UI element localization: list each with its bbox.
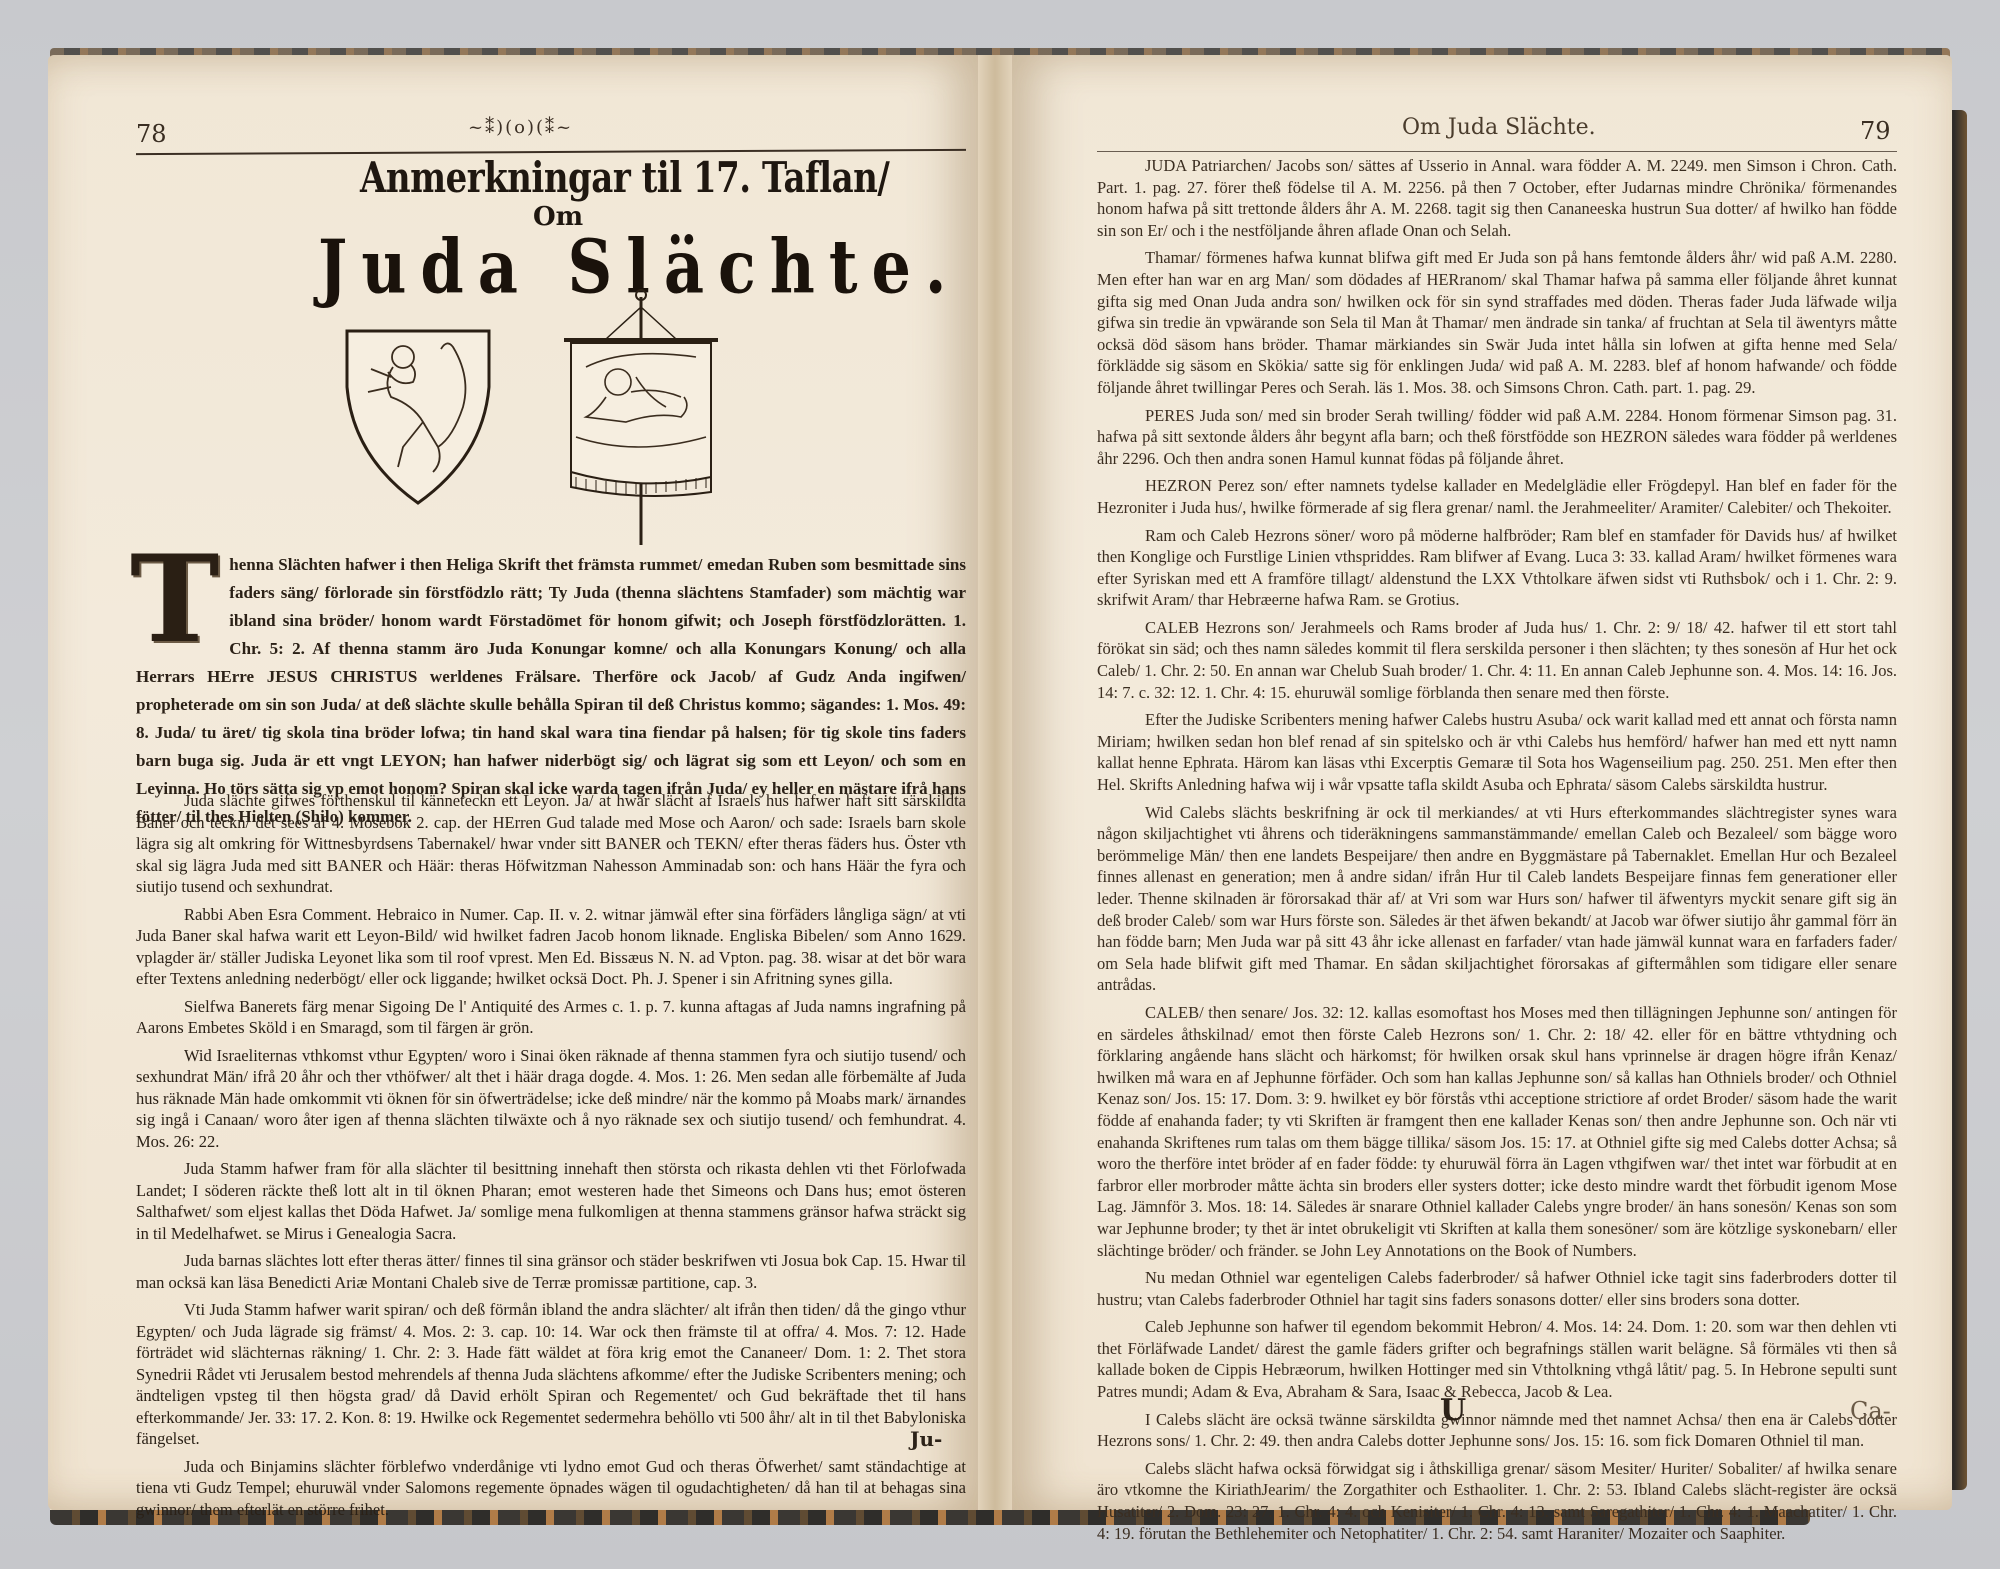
paragraph: Juda slächte gifwes förthenskul til känn… bbox=[136, 790, 966, 898]
paragraph: Efter the Judiske Scribenters mening haf… bbox=[1097, 709, 1897, 795]
paragraph: HEZRON Perez son/ efter namnets tydelse … bbox=[1097, 475, 1897, 518]
heading-annotations: Anmerkningar til 17. Taflan/ bbox=[360, 153, 889, 203]
paragraph: Thamar/ förmenes hafwa kunnat blifwa gif… bbox=[1097, 247, 1897, 398]
catchword: Ju- bbox=[910, 1427, 942, 1451]
paragraph: Wid Israeliternas vthkomst vthur Egypten… bbox=[136, 1045, 966, 1153]
paragraph: Calebs slächt hafwa ocksä förwidgat sig … bbox=[1097, 1458, 1897, 1544]
paragraph: CALEB/ then senare/ Jos. 32: 12. kallas … bbox=[1097, 1002, 1897, 1261]
lead-paragraph: T henna Slächten hafwer i then Heliga Sk… bbox=[136, 549, 966, 829]
lead-text: henna Slächten hafwer i then Heliga Skri… bbox=[136, 555, 966, 826]
banner-lion-icon bbox=[556, 287, 726, 547]
paragraph: Juda Stamm hafwer fram för alla slächter… bbox=[136, 1158, 966, 1244]
paragraph: Wid Calebs slächts beskrifning är ock ti… bbox=[1097, 802, 1897, 996]
page-number: 79 bbox=[1860, 117, 1891, 145]
paragraph: Vti Juda Stamm hafwer warit spiran/ och … bbox=[136, 1299, 966, 1450]
paragraph: Rabbi Aben Esra Comment. Hebraico in Num… bbox=[136, 904, 966, 990]
right-body-text: JUDA Patriarchen/ Jacobs son/ sättes af … bbox=[1097, 155, 1897, 1550]
paragraph: Caleb Jephunne son hafwer til egendom be… bbox=[1097, 1316, 1897, 1402]
book-gutter bbox=[978, 55, 1012, 1510]
header-rule bbox=[1097, 151, 1897, 152]
paragraph: Nu medan Othniel war egenteligen Calebs … bbox=[1097, 1267, 1897, 1310]
paragraph: Juda och Binjamins slächter förblefwo vn… bbox=[136, 1456, 966, 1521]
paragraph: I Calebs slächt äre ocksä twänne särskil… bbox=[1097, 1409, 1897, 1452]
left-body-text: Juda slächte gifwes förthenskul til känn… bbox=[136, 790, 966, 1526]
dropcap-letter: T bbox=[130, 545, 219, 655]
paragraph: JUDA Patriarchen/ Jacobs son/ sättes af … bbox=[1097, 155, 1897, 241]
page-number: 78 bbox=[136, 120, 167, 148]
shield-lion-icon bbox=[343, 327, 493, 507]
paragraph: Ram och Caleb Hezrons söner/ woro på möd… bbox=[1097, 525, 1897, 611]
left-page: 78 ~⁑)(o)(⁑~ Anmerkningar til 17. Taflan… bbox=[48, 55, 978, 1510]
right-page: Om Juda Slächte. 79 JUDA Patriarchen/ Ja… bbox=[1012, 55, 1952, 1510]
ornament-icon: ~⁑)(o)(⁑~ bbox=[468, 117, 573, 138]
signature-mark: U bbox=[1440, 1393, 1466, 1428]
paragraph: PERES Juda son/ med sin broder Serah twi… bbox=[1097, 405, 1897, 470]
paragraph: Sielfwa Banerets färg menar Sigoing De l… bbox=[136, 996, 966, 1039]
catchword: Ca- bbox=[1850, 1397, 1891, 1425]
paragraph: Juda barnas slächtes lott efter theras ä… bbox=[136, 1250, 966, 1293]
paragraph: CALEB Hezrons son/ Jerahmeels och Rams b… bbox=[1097, 617, 1897, 703]
